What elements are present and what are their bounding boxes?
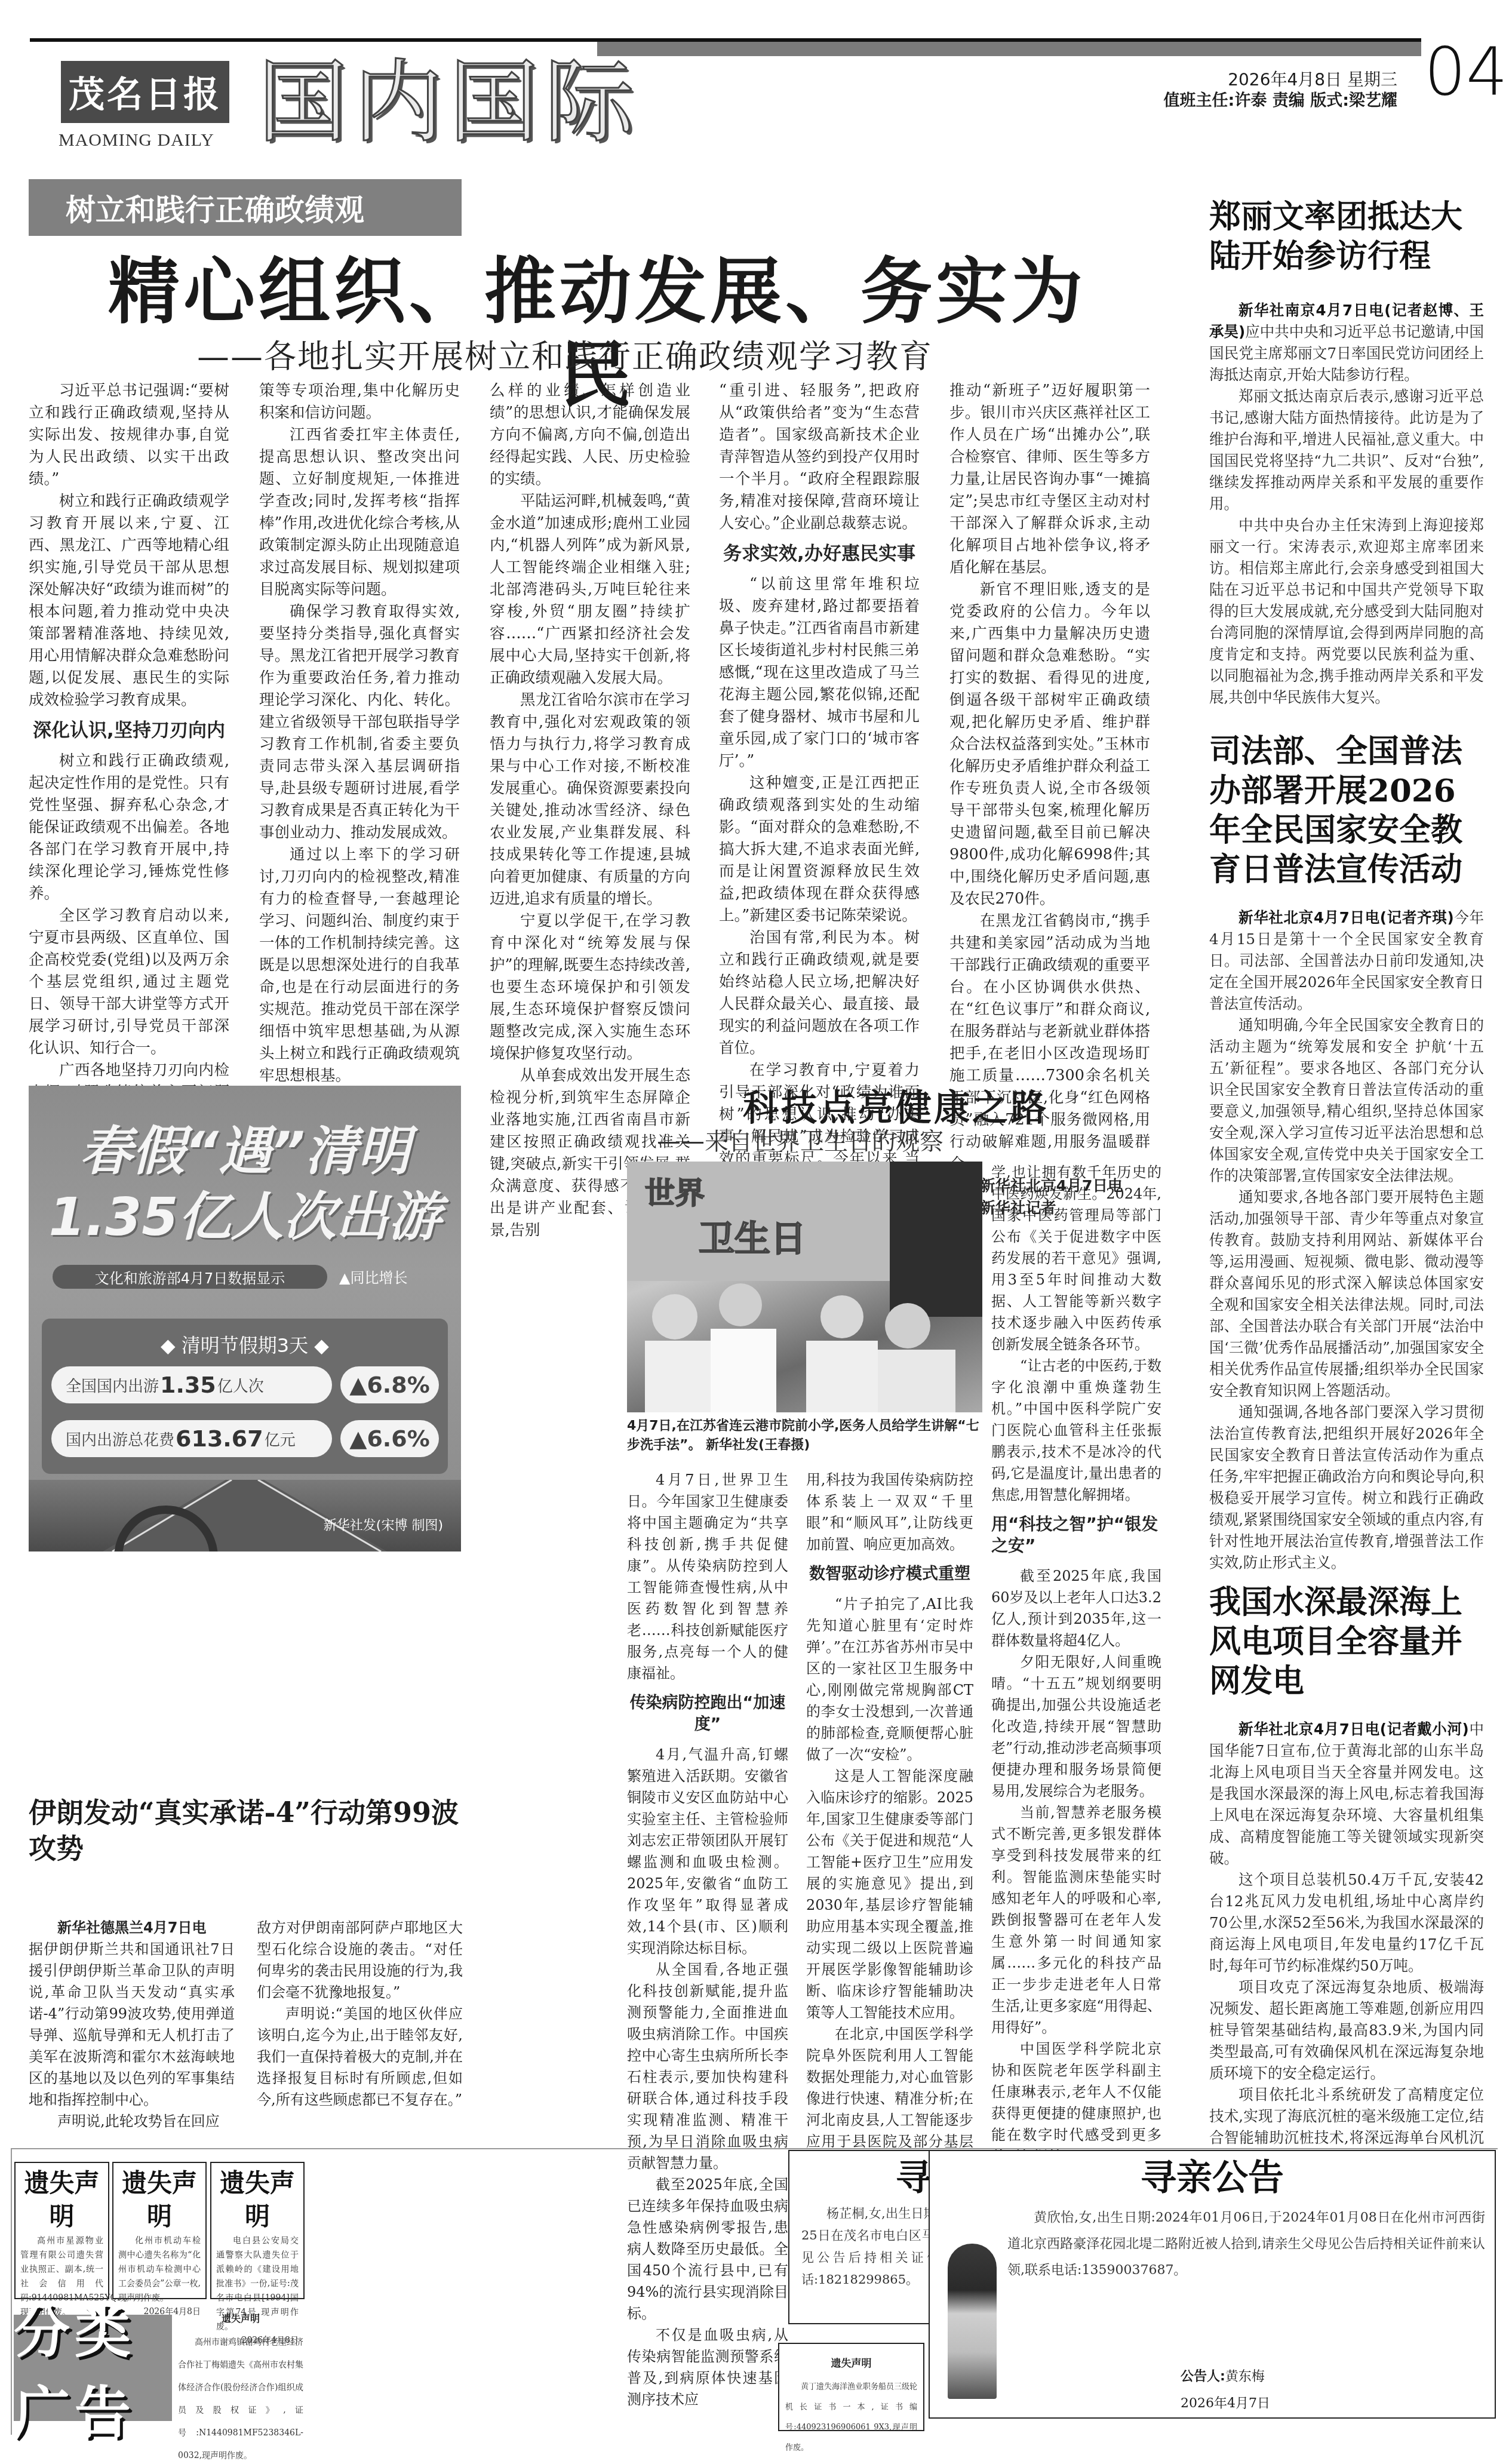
paragraph: 黑龙江省哈尔滨市在学习教育中,强化对宏观政策的领悟力与执行力,将学习教育成果与中… — [490, 689, 690, 910]
notice-date: 2026年4月7日 — [1181, 2393, 1270, 2411]
travel-infographic: 春假“遇”清明 1.35亿人次出游 文化和旅游部4月7日数据显示 ▲同比增长 ◆… — [29, 1086, 461, 1551]
paragraph: 应中共中央和习近平总书记邀请,中国国民党主席郑丽文7日率国民党访问团经上海抵达南… — [1209, 323, 1484, 383]
notice-body: 黄丁遗失海洋渔业职务船员三级轮机长证书一本,证书编号:4409231969060… — [785, 2377, 917, 2458]
paragraph: 4月7日,世界卫生日。今年国家卫生健康委将中国主题确定为“共享科技创新,携手共促… — [627, 1469, 788, 1684]
editor-credits: 值班主任:许泰 责编 版式:梁艺耀 — [1135, 87, 1397, 110]
legend-yoy-growth: ▲同比增长 — [339, 1266, 407, 1287]
paragraph: 敌方对伊朗南部阿萨卢耶地区大型石化综合设施的袭击。“对任何卑劣的袭击民用设施的行… — [257, 1917, 463, 2003]
svg-text:卫生日: 卫生日 — [699, 1218, 806, 1260]
paragraph: 中共中央台办主任宋涛到上海迎接郑丽文一行。宋涛表示,欢迎郑主席率团来访。相信郑主… — [1209, 515, 1484, 708]
paragraph: 治国有常,利民为本。树立和践行正确政绩观,就是要始终站稳人民立场,把解决好人民群… — [719, 927, 920, 1059]
dateline: 新华社德黑兰4月7日电 — [29, 1917, 235, 1938]
paragraph: 当前,智慧养老服务模式不断完善,更多银发群体享受到科技发展带来的红利。智能监测床… — [991, 1802, 1161, 2038]
notice-title: 寻亲公告 — [948, 2157, 1477, 2199]
notice-title: 遗失声明 — [785, 2355, 917, 2370]
section-heading: 数智驱动诊疗模式重塑 — [806, 1563, 973, 1585]
lost-notice-3: 遗失声明 电白县公安局交通警察大队遗失位于派赖岭的《建设用地批准书》一份,证号:… — [210, 2162, 305, 2299]
lead-kicker: 树立和践行正确政绩观 — [29, 179, 462, 236]
dateline: 新华社北京4月7日电(记者戴小河) — [1238, 1721, 1469, 1738]
paragraph: 习近平总书记强调:“要树立和践行正确政绩观,坚持从实际出发、按规律办事,自觉为人… — [29, 380, 229, 490]
paragraph: 树立和践行正确政绩观,起决定性作用的是党性。只有党性坚强、摒弃私心杂念,才能保证… — [29, 750, 229, 905]
paragraph: 通知明确,今年全民国家安全教育日的活动主题为“统筹发展和安全 护航‘十五五’新征… — [1209, 1015, 1484, 1187]
lost-notice-2: 遗失声明 化州市机动车检测中心遗失名称为“化州市机动车检测中心工会委员会”公章一… — [112, 2162, 207, 2299]
paragraph: 全区学习教育启动以来,宁夏市县两级、区直单位、国企高校党委(党组)以及两万余个基… — [29, 905, 229, 1059]
masthead-gray-bar — [597, 42, 1421, 56]
stat-trips-change: ▲6.8% — [340, 1366, 439, 1403]
paragraph: 夕阳无限好,人间重晚晴。“十五五”规划纲要明确提出,加强公共设施适老化改造,持续… — [991, 1651, 1161, 1802]
paragraph: 策等专项治理,集中化解历史积案和信访问题。 — [259, 380, 460, 424]
stat-trips: 全国国内出游1.35亿人次 — [51, 1366, 332, 1403]
svg-text:世界: 世界 — [645, 1176, 705, 1211]
notice-title: 遗失声明 — [20, 2167, 103, 2233]
announcer: 公告人:黄东梅 — [1181, 2366, 1265, 2385]
stat-value: 613.67 — [176, 1425, 263, 1452]
paragraph: 4月,气温升高,钉螺繁殖进入活跃期。安徽省铜陵市义安区血防站中心实验室主任、主管… — [627, 1744, 788, 1959]
stat-label: 国内出游总花费 — [66, 1428, 174, 1450]
paragraph: 截至2025年底,我国60岁及以上老年人口达3.2亿人,预计到2035年,这一群… — [991, 1565, 1161, 1651]
kin-notice-2: 寻亲公告 黄欣怡,女,出生日期:2024年01月06日,于2024年01月08日… — [929, 2150, 1496, 2419]
paragraph: 通过以上率下的学习研讨,刀刃向内的检视整改,精准有力的检查督导,一套越理论学习、… — [259, 844, 460, 1087]
paragraph: 树立和践行正确政绩观学习教育开展以来,宁夏、江西、黑龙江、广西等地精心组织实施,… — [29, 490, 229, 711]
infographic-title: 春假“遇”清明 — [29, 1110, 461, 1185]
lead-column-2: 策等专项治理,集中化解历史积案和信访问题。 江西省委扛牢主体责任,提高思想认识、… — [259, 380, 460, 1192]
paragraph: 学,也让拥有数千年历史的中医药焕发新生。2024年,国家中医药管理局等部门公布《… — [991, 1162, 1161, 1355]
paragraph: 从全国看,各地正强化科技创新赋能,提升监测预警能力,全面推进血吸虫病消除工作。中… — [627, 1959, 788, 2174]
page-number: 04 — [1424, 36, 1508, 107]
paragraph: 声明说,此轮攻势旨在回应 — [29, 2110, 235, 2132]
stats-panel-title: ◆ 清明节假期3天 ◆ — [42, 1331, 448, 1358]
notice-title: 遗失声明 — [216, 2167, 299, 2233]
stat-label: 全国国内出游 — [66, 1374, 159, 1396]
iran-headline[interactable]: 伊朗发动“真实承诺-4”行动第99波攻势 — [29, 1795, 471, 1866]
notice-title: 遗失声明 — [118, 2167, 201, 2233]
paper-name-en: MAOMING DAILY — [59, 130, 232, 150]
health-photo-illustration: 世界 卫生日 — [627, 1162, 982, 1412]
notice-body: 黄欣怡,女,出生日期:2024年01月06日,于2024年01月08日在化州市河… — [1007, 2205, 1485, 2284]
right-article-1: 郑丽文率团抵达大陆开始参访行程 新华社南京4月7日电(记者赵博、王承昊)应中共中… — [1209, 197, 1484, 708]
section-heading: 务求实效,办好惠民实事 — [719, 543, 920, 565]
paragraph: 这个项目总装机50.4万千瓦,安装42台12兆瓦风力发电机组,场址中心离岸约70… — [1209, 1869, 1484, 1977]
paragraph: 推动“新班子”迈好履职第一步。银川市兴庆区燕祥社区工作人员在广场“出摊办公”,联… — [949, 380, 1150, 579]
stat-unit: 亿人次 — [217, 1374, 264, 1396]
stat-spending-change: ▲6.6% — [340, 1420, 439, 1457]
stat-unit: 亿元 — [265, 1428, 296, 1450]
article-headline[interactable]: 司法部、全国普法办部署开展2026年全民国家安全教育日普法宣传活动 — [1209, 732, 1484, 889]
section-title: 国内国际 — [258, 55, 640, 150]
section-heading: 深化认识,坚持刀刃向内 — [29, 720, 229, 742]
section-heading: 用“科技之智”护“银发之安” — [991, 1514, 1161, 1557]
article-body: 新华社北京4月7日电(记者戴小河)中国华能7日宣布,位于黄海北部的山东半岛北海上… — [1209, 1719, 1484, 2213]
iran-column-2: 敌方对伊朗南部阿萨卢耶地区大型石化综合设施的袭击。“对任何卑劣的袭击民用设施的行… — [257, 1917, 463, 2110]
paragraph: 中国华能7日宣布,位于黄海北部的山东半岛北海上风电项目当天全容量并网发电。这是我… — [1209, 1721, 1484, 1867]
classified-ads-banner: 分类广告 — [14, 2315, 172, 2421]
right-article-3: 我国水深最深海上风电项目全容量并网发电 新华社北京4月7日电(记者戴小河)中国华… — [1209, 1583, 1484, 2213]
section-heading: 传染病防控跑出“加速度” — [627, 1692, 788, 1735]
child-photo — [948, 2244, 997, 2399]
article-headline[interactable]: 我国水深最深海上风电项目全容量并网发电 — [1209, 1583, 1484, 1701]
lost-notice-1: 遗失声明 高州市星源物业管理有限公司遗失营业执照正、副本,统一社会信用代码:91… — [14, 2162, 109, 2299]
paper-logo: 茂名日报 — [61, 61, 229, 123]
paragraph: 确保学习教育取得实效,要坚持分类指导,强化真督实导。黑龙江省把开展学习教育作为重… — [259, 601, 460, 844]
lead-kicker-text: 树立和践行正确政绩观 — [66, 186, 364, 229]
paragraph: 么样的业绩、怎样创造业绩”的思想认识,才能确保发展方向不偏离,方向不偏,创造出经… — [490, 380, 690, 490]
article-headline[interactable]: 郑丽文率团抵达大陆开始参访行程 — [1209, 197, 1484, 276]
health-day-photo: 世界 卫生日 — [627, 1162, 982, 1412]
paragraph: “让古老的中医药,于数字化浪潮中重焕蓬勃生机。”中国中医科学院广安门医院心血管科… — [991, 1355, 1161, 1506]
paragraph: 据伊朗伊斯兰共和国通讯社7日援引伊朗伊斯兰革命卫队的声明说,革命卫队当天发动“真… — [29, 1938, 235, 2110]
announcer-label: 公告人: — [1181, 2369, 1225, 2384]
paragraph: 用,科技为我国传染病防控体系装上一双双“千里眼”和“顺风耳”,让防线更加前置、响… — [806, 1469, 973, 1555]
paragraph: 这种嬗变,正是江西把正确政绩观落到实处的生动缩影。“面对群众的急难愁盼,不搞大拆… — [719, 772, 920, 927]
photo-caption: 4月7日,在江苏省连云港市院前小学,医务人员给学生讲解“七步洗手法”。 新华社发… — [627, 1417, 982, 1455]
notice-text: 黄丁遗失海洋渔业职务船员三级轮机长证书一本,证书编号:4409231969060… — [785, 2377, 917, 2458]
paper-name: 茂名日报 — [69, 66, 222, 118]
data-source-text: 文化和旅游部4月7日数据显示 — [95, 1267, 285, 1288]
notice-title: 遗失声明 — [178, 2311, 303, 2325]
health-column-3: 学,也让拥有数千年历史的中医药焕发新生。2024年,国家中医药管理局等部门公布《… — [991, 1162, 1161, 2296]
paragraph: “重引进、轻服务”,把政府从“政策供给者”变为“生态营造者”。国家级高新技术企业… — [719, 380, 920, 534]
infographic-title-number: 1.35亿人次出游 — [29, 1175, 461, 1251]
paragraph: 郑丽文抵达南京后表示,感谢习近平总书记,感谢大陆方面热情接待。此访是为了维护台海… — [1209, 386, 1484, 515]
stat-spending: 国内出游总花费613.67亿元 — [51, 1420, 332, 1457]
paragraph: 项目攻克了深远海复杂地质、极端海况频发、超长距离施工等难题,创新应用四桩导管架基… — [1209, 1977, 1484, 2084]
notice-text: 黄欣怡,女,出生日期:2024年01月06日,于2024年01月08日在化州市河… — [1007, 2205, 1485, 2284]
dateline: 新华社北京4月7日电(记者齐琪) — [1238, 909, 1454, 926]
paragraph: “以前这里常年堆积垃圾、废弃建材,路过都要捂着鼻子快走。”江西省南昌市新建区长堎… — [719, 573, 920, 772]
paragraph: 通知要求,各地各部门要开展特色主题活动,加强领导干部、青少年等重点对象宣传教育。… — [1209, 1187, 1484, 1402]
announcer-name: 黄东梅 — [1225, 2369, 1265, 2384]
paragraph: 江西省委扛牢主体责任,提高思想认识、整改突出问题、立好制度规矩,一体推进学查改;… — [259, 424, 460, 601]
infographic-credit: 新华社发(宋博 制图) — [324, 1515, 443, 1534]
small-lost-notice-2: 遗失声明 黄丁遗失海洋渔业职务船员三级轮机长证书一本,证书编号:44092319… — [778, 2343, 924, 2431]
paragraph: 声明说:“美国的地区伙伴应该明白,迄今为止,出于睦邻友好,我们一直保持着极大的克… — [257, 2003, 463, 2110]
iran-column-1: 新华社德黑兰4月7日电 据伊朗伊斯兰共和国通讯社7日援引伊朗伊斯兰革命卫队的声明… — [29, 1917, 235, 2132]
data-source-pill: 文化和旅游部4月7日数据显示 — [53, 1265, 327, 1289]
paragraph: 通知强调,各地各部门要深入学习贯彻法治宣传教育法,把组织开展好2026年全民国家… — [1209, 1402, 1484, 1574]
stats-panel: ◆ 清明节假期3天 ◆ 全国国内出游1.35亿人次 ▲6.8% 国内出游总花费6… — [42, 1319, 448, 1474]
small-lost-notice-1: 遗失声明 高州市谢鸡镇谢鸡村老屋经济合作社丁梅娟遗失《高州市农村集体经济合作(股… — [178, 2311, 303, 2464]
right-article-2: 司法部、全国普法办部署开展2026年全民国家安全教育日普法宣传活动 新华社北京4… — [1209, 732, 1484, 1574]
paragraph: 这是人工智能深度融入临床诊疗的缩影。2025年,国家卫生健康委等部门公布《关于促… — [806, 1765, 973, 2023]
notice-body: 高州市谢鸡镇谢鸡村老屋经济合作社丁梅娟遗失《高州市农村集体经济合作(股份经济合作… — [178, 2331, 303, 2464]
stat-value: 1.35 — [160, 1372, 216, 1398]
article-body: 新华社南京4月7日电(记者赵博、王承昊)应中共中央和习近平总书记邀请,中国国民党… — [1209, 300, 1484, 708]
notice-text: 高州市谢鸡镇谢鸡村老屋经济合作社丁梅娟遗失《高州市农村集体经济合作(股份经济合作… — [178, 2331, 303, 2464]
lead-column-1: 习近平总书记强调:“要树立和践行正确政绩观,坚持从实际出发、按规律办事,自觉为人… — [29, 380, 229, 1192]
paragraph: 新官不理旧账,透支的是党委政府的公信力。今年以来,广西集中力量解决历史遗留问题和… — [949, 579, 1150, 910]
lead-subheadline: ——各地扎实开展树立和践行正确政绩观学习教育 — [197, 331, 1093, 377]
paragraph: “片子拍完了,AI比我先知道心脏里有‘定时炸弹’。”在江苏省苏州市吴中区的一家社… — [806, 1593, 973, 1765]
article-body: 新华社北京4月7日电(记者齐琪)今年4月15日是第十一个全民国家安全教育日。司法… — [1209, 907, 1484, 1574]
health-subheadline: ——来自世界卫生日的观察 — [657, 1123, 1135, 1157]
paragraph: 宁夏以学促干,在学习教育中深化对“统筹发展与保护”的理解,既要生态持续改善,也要… — [490, 910, 690, 1065]
paragraph: 平陆运河畔,机械轰鸣,“黄金水道”加速成形;鹿州工业园内,“机器人列阵”成为新风… — [490, 490, 690, 689]
